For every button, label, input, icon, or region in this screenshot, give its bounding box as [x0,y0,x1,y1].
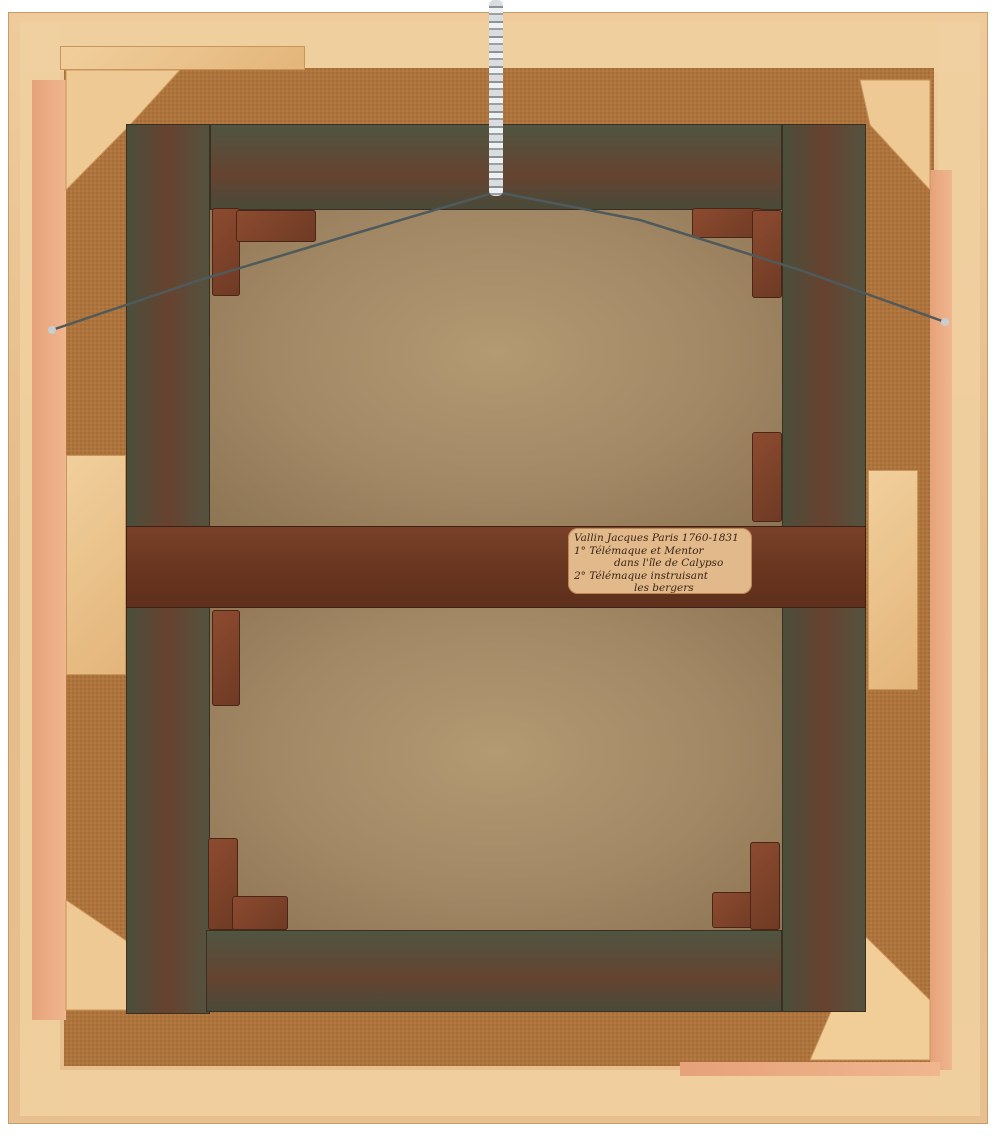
screw-eye-left-icon [48,326,56,334]
screw-eye-right-icon [941,318,949,326]
hanging-chain [489,0,503,196]
